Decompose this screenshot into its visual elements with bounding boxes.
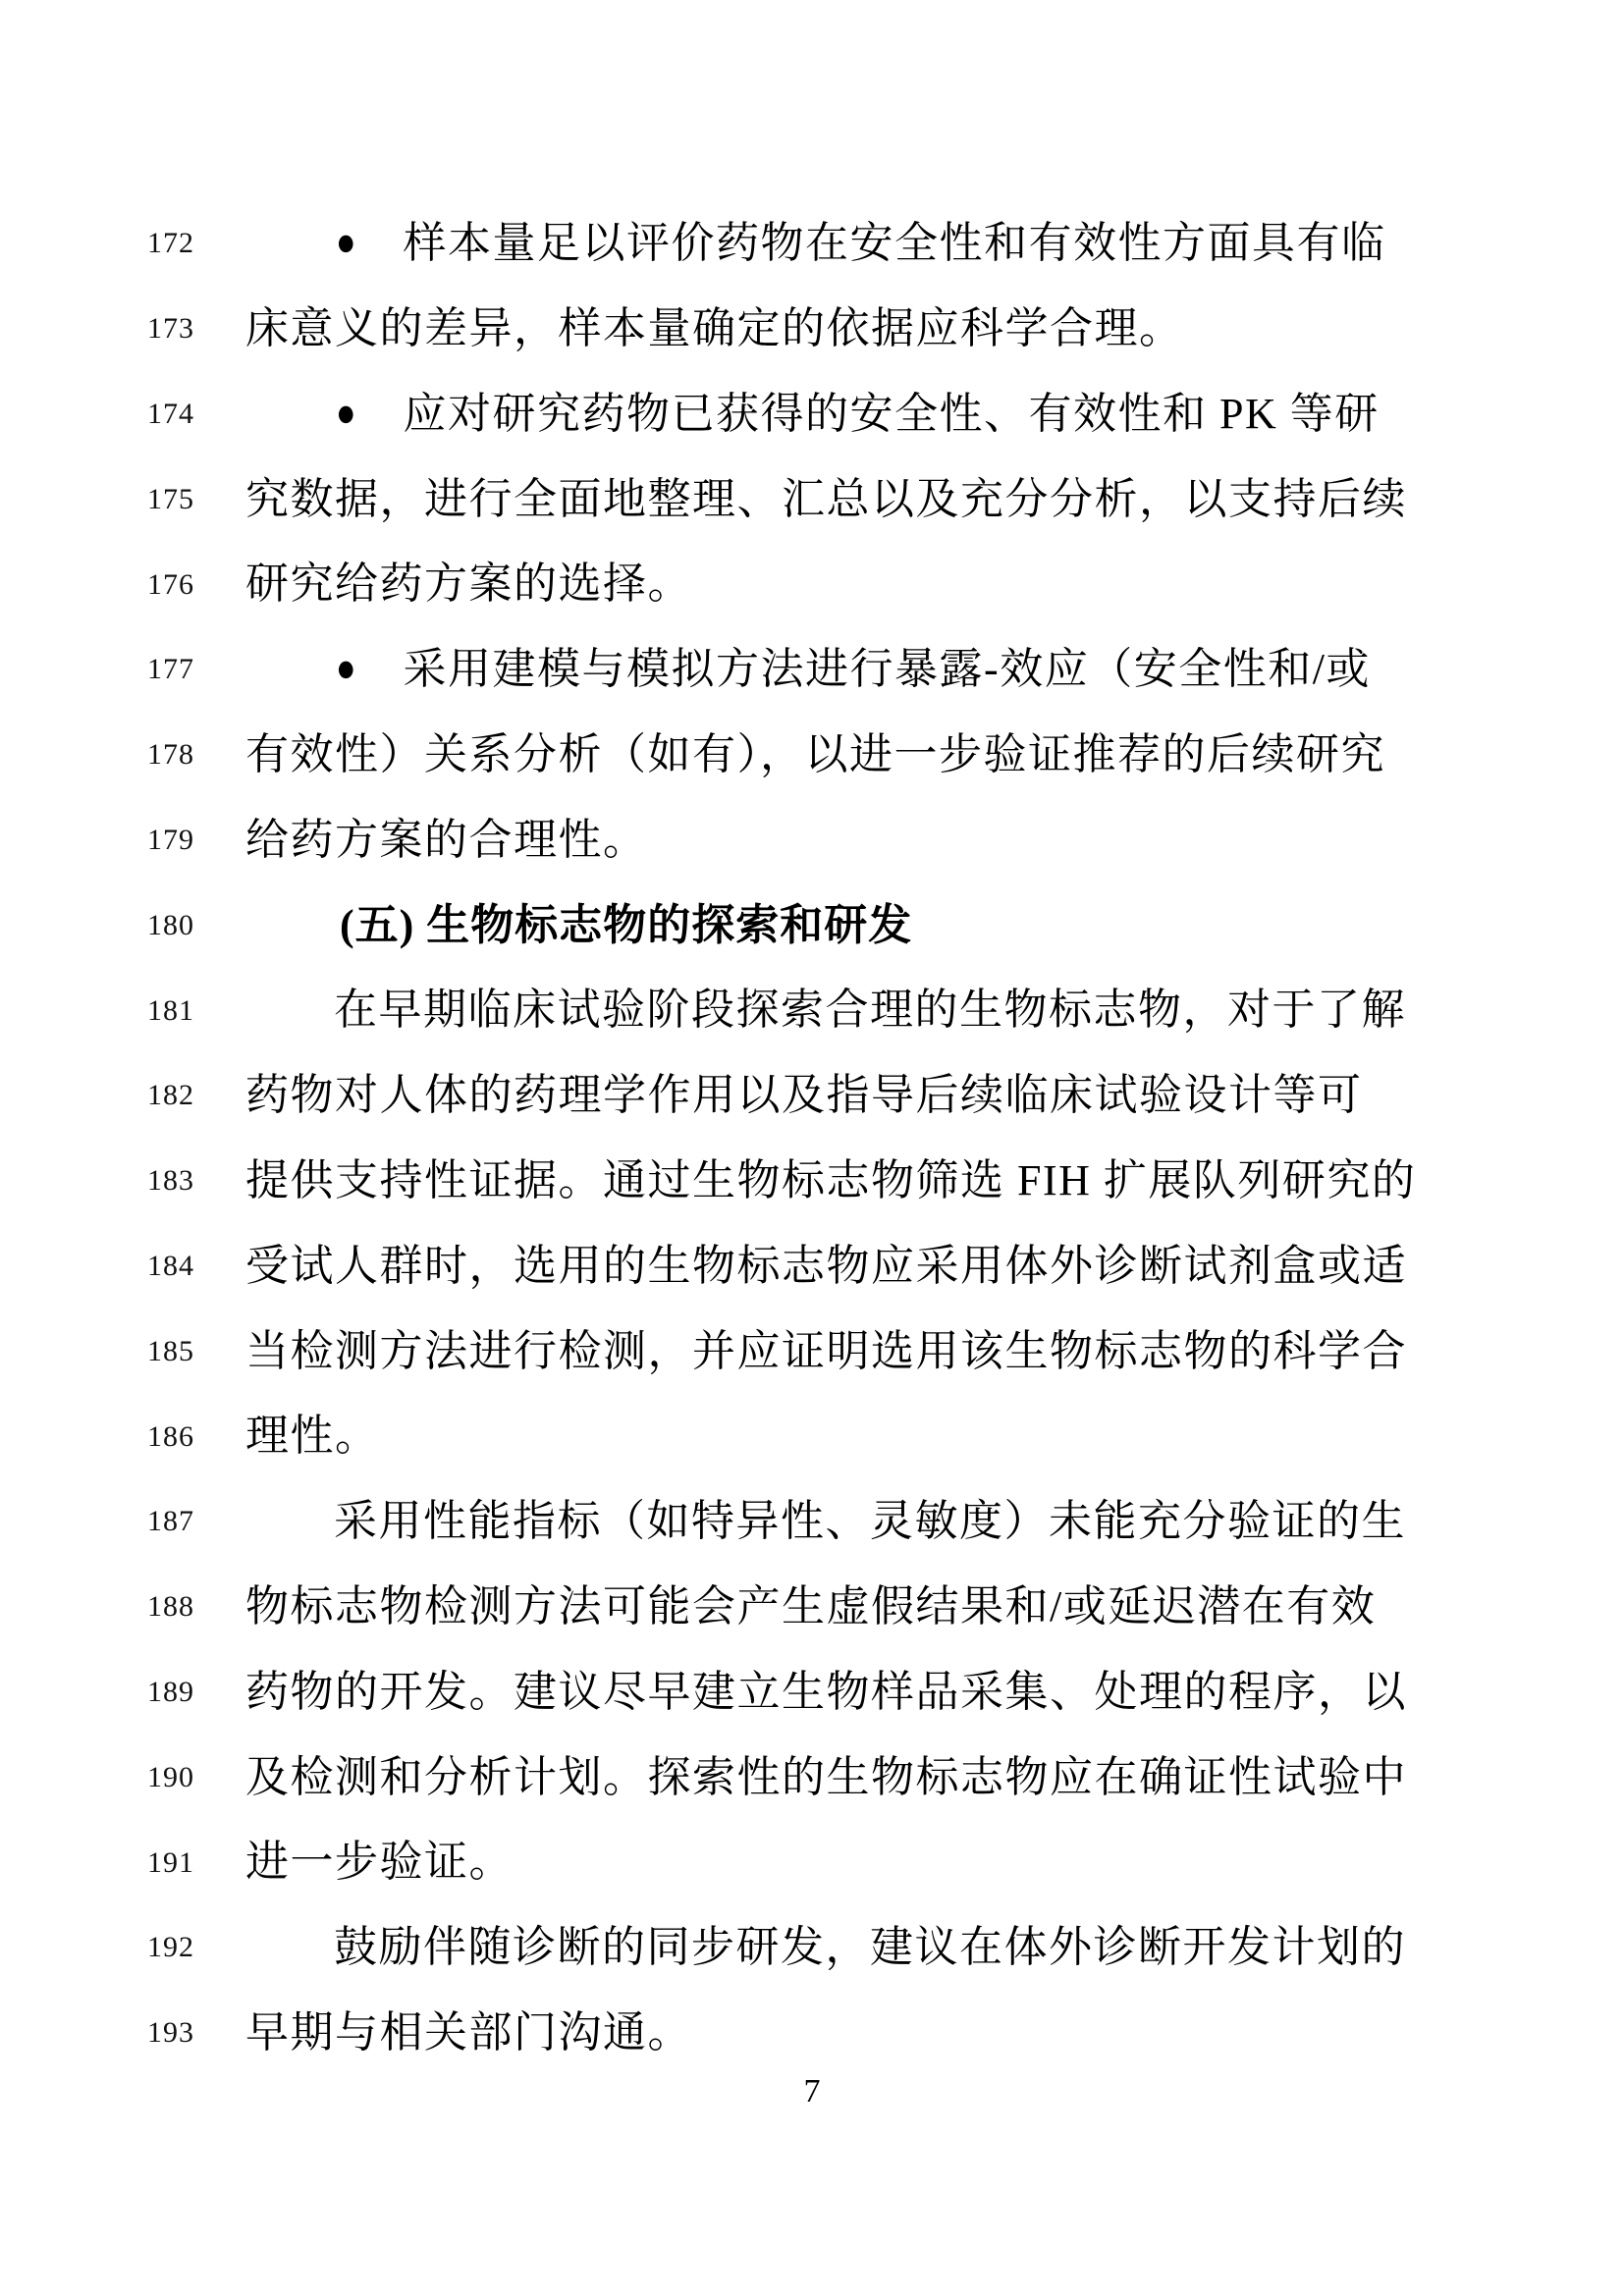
line-number: 185 xyxy=(147,1335,245,1368)
line-content: 及检测和分析计划。探索性的生物标志物应在确证性试验中 xyxy=(245,1754,1624,1801)
line-text: 在早期临床试验阶段探索合理的生物标志物，对于了解 xyxy=(334,987,1406,1034)
line-number: 181 xyxy=(147,994,245,1028)
document-line: 175究数据，进行全面地整理、汇总以及充分分析，以支持后续 xyxy=(0,456,1624,542)
document-line: 192鼓励伴随诊断的同步研发，建议在体外诊断开发计划的 xyxy=(0,1905,1624,1991)
document-body: 172●样本量足以评价药物在安全性和有效性方面具有临173床意义的差异，样本量确… xyxy=(0,201,1624,2076)
bullet-icon: ● xyxy=(336,224,356,264)
line-text: 样本量足以评价药物在安全性和有效性方面具有临 xyxy=(404,220,1386,267)
document-line: 185当检测方法进行检测，并应证明选用该生物标志物的科学合 xyxy=(0,1308,1624,1394)
line-content: 采用性能指标（如特异性、灵敏度）未能充分验证的生 xyxy=(245,1498,1624,1545)
line-number: 180 xyxy=(147,909,245,942)
line-content: 床意义的差异，样本量确定的依据应科学合理。 xyxy=(245,305,1624,352)
line-text: 进一步验证。 xyxy=(245,1839,514,1886)
line-text: 给药方案的合理性。 xyxy=(245,817,648,864)
document-line: 173床意义的差异，样本量确定的依据应科学合理。 xyxy=(0,287,1624,372)
line-text: 应对研究药物已获得的安全性、有效性和 PK 等研 xyxy=(404,391,1380,438)
line-content: 药物对人体的药理学作用以及指导后续临床试验设计等可 xyxy=(245,1072,1624,1119)
line-number: 192 xyxy=(147,1931,245,1964)
bullet-icon: ● xyxy=(336,395,356,435)
document-line: 176研究给药方案的选择。 xyxy=(0,542,1624,627)
page-number: 7 xyxy=(0,2073,1624,2110)
line-content: 提供支持性证据。通过生物标志物筛选 FIH 扩展队列研究的 xyxy=(245,1157,1624,1204)
line-text: 床意义的差异，样本量确定的依据应科学合理。 xyxy=(245,305,1184,352)
line-number: 191 xyxy=(147,1846,245,1880)
line-content: 研究给药方案的选择。 xyxy=(245,561,1624,608)
line-content: ●采用建模与模拟方法进行暴露-效应（安全性和/或 xyxy=(245,646,1624,693)
line-content: 进一步验证。 xyxy=(245,1839,1624,1886)
line-content: 在早期临床试验阶段探索合理的生物标志物，对于了解 xyxy=(245,987,1624,1034)
line-text: 采用建模与模拟方法进行暴露-效应（安全性和/或 xyxy=(404,646,1371,693)
document-line: 186理性。 xyxy=(0,1394,1624,1479)
line-content: 有效性）关系分析（如有），以进一步验证推荐的后续研究 xyxy=(245,731,1624,778)
document-line: 174●应对研究药物已获得的安全性、有效性和 PK 等研 xyxy=(0,372,1624,457)
document-page: 172●样本量足以评价药物在安全性和有效性方面具有临173床意义的差异，样本量确… xyxy=(0,0,1624,2296)
line-text: 药物对人体的药理学作用以及指导后续临床试验设计等可 xyxy=(245,1072,1363,1119)
line-number: 178 xyxy=(147,738,245,772)
document-line: 183提供支持性证据。通过生物标志物筛选 FIH 扩展队列研究的 xyxy=(0,1139,1624,1224)
line-text: 有效性）关系分析（如有），以进一步验证推荐的后续研究 xyxy=(245,731,1385,778)
document-line: 181在早期临床试验阶段探索合理的生物标志物，对于了解 xyxy=(0,968,1624,1053)
line-content: 给药方案的合理性。 xyxy=(245,817,1624,864)
line-content: 理性。 xyxy=(245,1413,1624,1460)
document-line: 182药物对人体的药理学作用以及指导后续临床试验设计等可 xyxy=(0,1053,1624,1139)
line-text: 提供支持性证据。通过生物标志物筛选 FIH 扩展队列研究的 xyxy=(245,1157,1416,1204)
document-line: 190及检测和分析计划。探索性的生物标志物应在确证性试验中 xyxy=(0,1735,1624,1820)
document-line: 180(五) 生物标志物的探索和研发 xyxy=(0,882,1624,968)
line-number: 175 xyxy=(147,483,245,516)
line-number: 183 xyxy=(147,1164,245,1198)
line-content: 早期与相关部门沟通。 xyxy=(245,2009,1624,2056)
line-number: 177 xyxy=(147,653,245,686)
document-line: 179给药方案的合理性。 xyxy=(0,798,1624,883)
line-content: 当检测方法进行检测，并应证明选用该生物标志物的科学合 xyxy=(245,1328,1624,1375)
line-number: 182 xyxy=(147,1079,245,1112)
line-content: 究数据，进行全面地整理、汇总以及充分分析，以支持后续 xyxy=(245,476,1624,523)
line-text: 受试人群时，选用的生物标志物应采用体外诊断试剂盒或适 xyxy=(245,1243,1407,1290)
line-number: 179 xyxy=(147,824,245,857)
line-number: 174 xyxy=(147,398,245,431)
line-number: 176 xyxy=(147,568,245,602)
line-content: 鼓励伴随诊断的同步研发，建议在体外诊断开发计划的 xyxy=(245,1924,1624,1971)
section-heading: (五) 生物标志物的探索和研发 xyxy=(245,902,1624,949)
document-line: 177●采用建模与模拟方法进行暴露-效应（安全性和/或 xyxy=(0,627,1624,713)
line-text: 及检测和分析计划。探索性的生物标志物应在确证性试验中 xyxy=(245,1754,1407,1801)
line-number: 189 xyxy=(147,1676,245,1709)
line-content: ●应对研究药物已获得的安全性、有效性和 PK 等研 xyxy=(245,391,1624,438)
line-text: 理性。 xyxy=(245,1413,380,1460)
line-text: 当检测方法进行检测，并应证明选用该生物标志物的科学合 xyxy=(245,1328,1407,1375)
line-content: 物标志物检测方法可能会产生虚假结果和/或延迟潜在有效 xyxy=(245,1583,1624,1630)
line-number: 190 xyxy=(147,1761,245,1794)
document-line: 178有效性）关系分析（如有），以进一步验证推荐的后续研究 xyxy=(0,713,1624,798)
document-line: 172●样本量足以评价药物在安全性和有效性方面具有临 xyxy=(0,201,1624,287)
line-number: 184 xyxy=(147,1250,245,1283)
line-number: 172 xyxy=(147,227,245,260)
line-text: 药物的开发。建议尽早建立生物样品采集、处理的程序，以 xyxy=(245,1669,1407,1716)
line-text: (五) 生物标志物的探索和研发 xyxy=(340,902,912,949)
line-text: 采用性能指标（如特异性、灵敏度）未能充分验证的生 xyxy=(334,1498,1406,1545)
document-line: 188物标志物检测方法可能会产生虚假结果和/或延迟潜在有效 xyxy=(0,1565,1624,1650)
line-content: 受试人群时，选用的生物标志物应采用体外诊断试剂盒或适 xyxy=(245,1243,1624,1290)
document-line: 191进一步验证。 xyxy=(0,1820,1624,1905)
line-text: 早期与相关部门沟通。 xyxy=(245,2009,692,2056)
line-number: 186 xyxy=(147,1420,245,1454)
document-line: 193早期与相关部门沟通。 xyxy=(0,1991,1624,2076)
document-line: 189药物的开发。建议尽早建立生物样品采集、处理的程序，以 xyxy=(0,1650,1624,1735)
bullet-icon: ● xyxy=(336,650,356,690)
line-text: 鼓励伴随诊断的同步研发，建议在体外诊断开发计划的 xyxy=(334,1924,1406,1971)
line-number: 173 xyxy=(147,312,245,346)
line-number: 188 xyxy=(147,1590,245,1624)
line-content: 药物的开发。建议尽早建立生物样品采集、处理的程序，以 xyxy=(245,1669,1624,1716)
document-line: 184受试人群时，选用的生物标志物应采用体外诊断试剂盒或适 xyxy=(0,1224,1624,1309)
line-number: 193 xyxy=(147,2016,245,2050)
line-text: 究数据，进行全面地整理、汇总以及充分分析，以支持后续 xyxy=(245,476,1407,523)
document-line: 187采用性能指标（如特异性、灵敏度）未能充分验证的生 xyxy=(0,1479,1624,1565)
line-text: 研究给药方案的选择。 xyxy=(245,561,692,608)
line-text: 物标志物检测方法可能会产生虚假结果和/或延迟潜在有效 xyxy=(245,1583,1376,1630)
line-content: ●样本量足以评价药物在安全性和有效性方面具有临 xyxy=(245,220,1624,267)
line-number: 187 xyxy=(147,1505,245,1538)
